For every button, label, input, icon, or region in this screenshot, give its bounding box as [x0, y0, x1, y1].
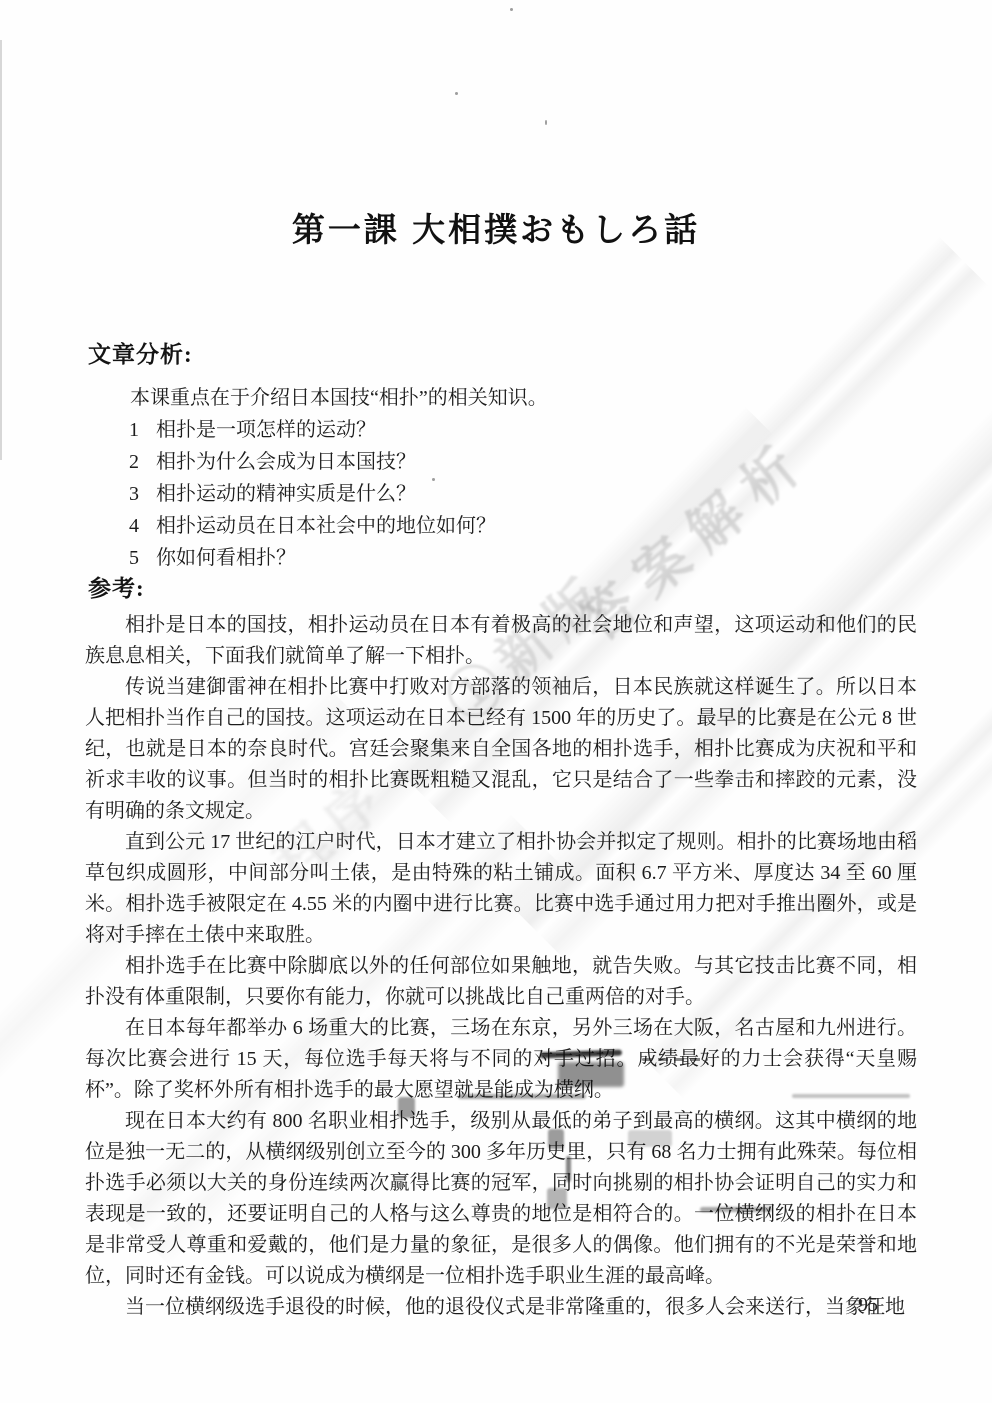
reference-paragraph: 相扑选手在比赛中除脚底以外的任何部位如果触地，就告失败。与其它技击比赛不同，相扑…	[85, 951, 917, 1013]
reference-paragraph: 传说当建御雷神在相扑比赛中打败对方部落的领袖后，日本民族就这样诞生了。所以日本人…	[85, 672, 917, 827]
question-item: 3 相扑运动的精神实质是什么？	[129, 478, 909, 510]
scan-speck	[510, 8, 513, 11]
question-item: 5 你如何看相扑？	[129, 542, 909, 574]
scan-speck	[545, 120, 547, 125]
question-item: 1 相扑是一项怎样的运动？	[129, 414, 909, 446]
reference-paragraph: 现在日本大约有 800 名职业相扑选手，级别从最低的弟子到最高的横纲。这其中横纲…	[85, 1106, 917, 1292]
page-number: 95	[858, 1294, 878, 1317]
lesson-title: 第一課 大相撲おもしろ話	[0, 204, 992, 251]
analysis-section-heading: 文章分析:	[88, 336, 193, 369]
scanned-textbook-page: 答案解析 ①新版 程序 第一課 大相撲おもしろ話 文章分析: 本课重点在于介绍日…	[0, 0, 992, 1403]
question-item: 4 相扑运动员在日本社会中的地位如何？	[129, 510, 909, 542]
question-text: 相扑是一项怎样的运动？	[156, 414, 376, 446]
question-text: 相扑为什么会成为日本国技？	[156, 446, 416, 478]
analysis-question-list: 1 相扑是一项怎样的运动？ 2 相扑为什么会成为日本国技？ 3 相扑运动的精神实…	[129, 414, 909, 574]
scan-speck	[455, 92, 458, 95]
scan-speck	[586, 688, 588, 690]
reference-paragraph: 相扑是日本的国技，相扑运动员在日本有着极高的社会地位和声望，这项运动和他们的民族…	[85, 610, 917, 672]
question-number: 2	[129, 446, 156, 478]
reference-paragraph: 直到公元 17 世纪的江户时代，日本才建立了相扑协会并拟定了规则。相扑的比赛场地…	[85, 827, 917, 951]
reference-body: 相扑是日本的国技，相扑运动员在日本有着极高的社会地位和声望，这项运动和他们的民族…	[85, 610, 917, 1323]
reference-paragraph: 当一位横纲级选手退役的时候，他的退役仪式是非常隆重的，很多人会来送行，当象征地	[85, 1292, 917, 1323]
scan-speck	[432, 478, 435, 481]
question-item: 2 相扑为什么会成为日本国技？	[129, 446, 909, 478]
reference-paragraph: 在日本每年都举办 6 场重大的比赛，三场在东京，另外三场在大阪，名古屋和九州进行…	[85, 1013, 917, 1106]
question-number: 3	[129, 478, 156, 510]
question-number: 1	[129, 414, 156, 446]
analysis-intro-text: 本课重点在于介绍日本国技“相扑”的相关知识。	[130, 381, 910, 410]
question-text: 相扑运动的精神实质是什么？	[156, 478, 416, 510]
question-text: 相扑运动员在日本社会中的地位如何？	[156, 510, 496, 542]
question-number: 4	[129, 510, 156, 542]
question-text: 你如何看相扑？	[156, 542, 296, 574]
reference-section-heading: 参考:	[88, 570, 145, 603]
